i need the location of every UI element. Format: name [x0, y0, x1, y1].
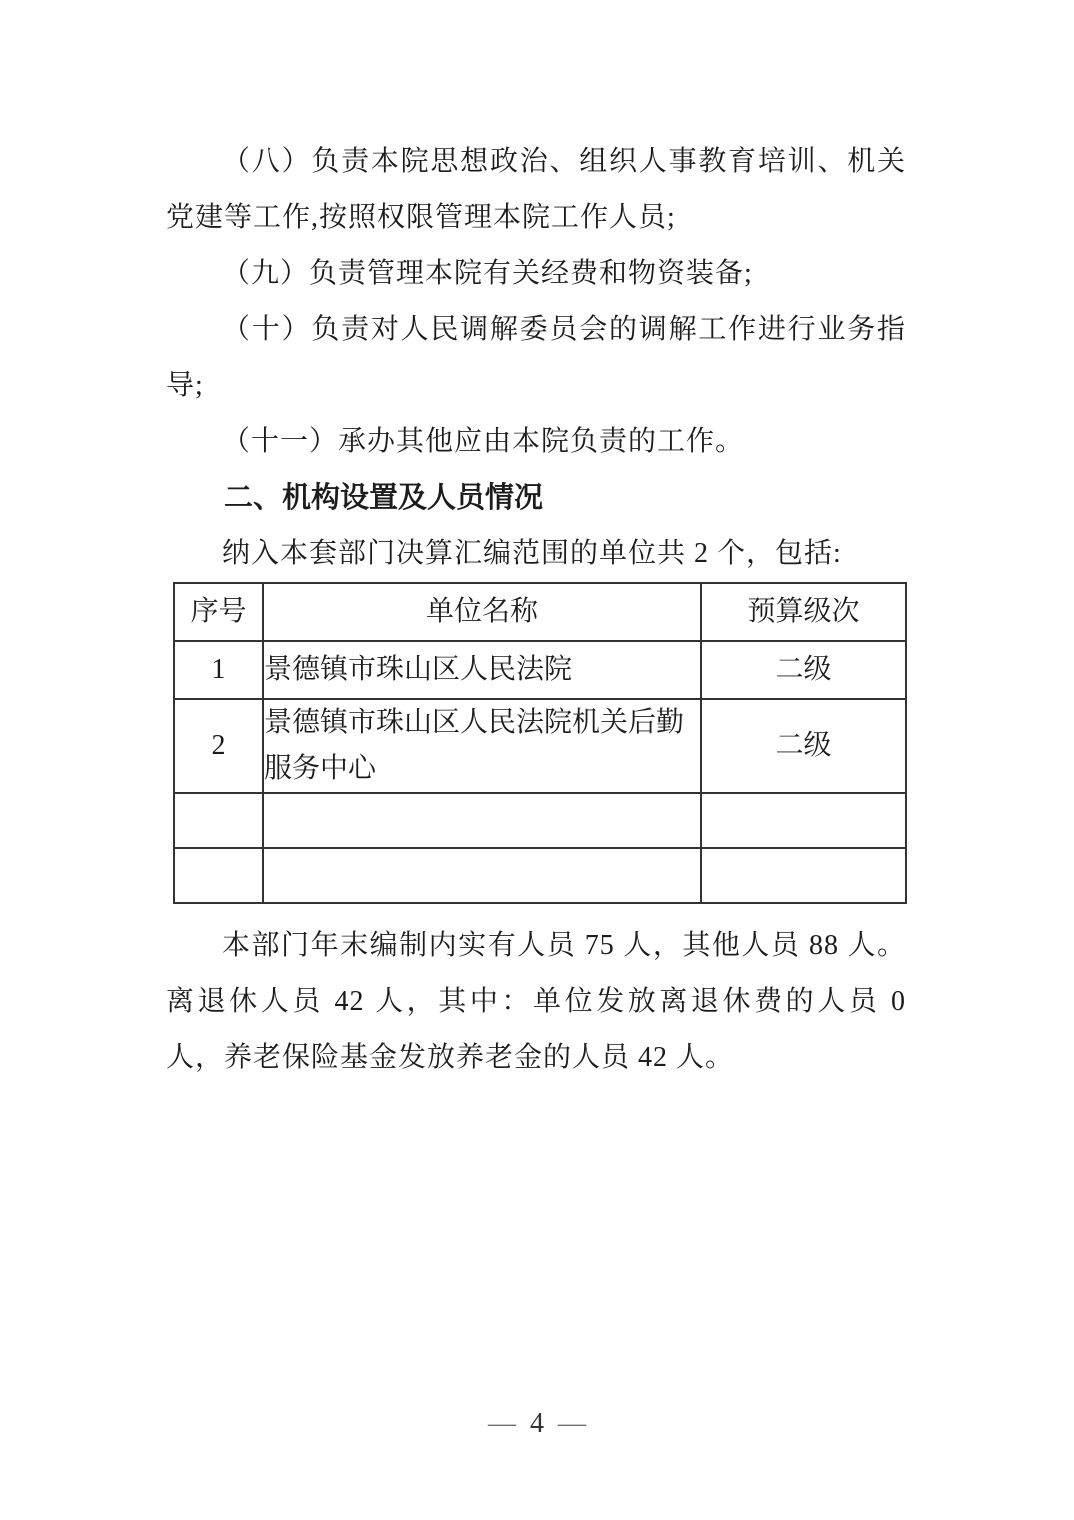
- table-header-no: 序号: [174, 583, 263, 641]
- footer-right-dash: —: [558, 1408, 586, 1439]
- table-header-row: 序号 单位名称 预算级次: [174, 583, 906, 641]
- paragraph-duty-eight: （八）负责本院思想政治、组织人事教育培训、机关党建等工作,按照权限管理本院工作人…: [166, 134, 906, 246]
- page-number: 4: [530, 1408, 544, 1439]
- table-row-empty: [174, 848, 906, 903]
- cell-row-number: 2: [174, 699, 263, 793]
- cell-budget-level: 二级: [701, 641, 906, 699]
- page-footer: —4—: [0, 1402, 1074, 1446]
- unit-table-head: 序号 单位名称 预算级次: [174, 583, 906, 641]
- table-header-name: 单位名称: [263, 583, 701, 641]
- unit-table-body: 1 景德镇市珠山区人民法院 二级 2 景德镇市珠山区人民法院机关后勤服务中心 二…: [174, 641, 906, 903]
- table-row: 1 景德镇市珠山区人民法院 二级: [174, 641, 906, 699]
- cell-unit-name: [263, 848, 701, 903]
- table-header-level: 预算级次: [701, 583, 906, 641]
- cell-unit-name: 景德镇市珠山区人民法院机关后勤服务中心: [263, 699, 701, 793]
- cell-row-number: [174, 793, 263, 848]
- closing-paragraph: 本部门年末编制内实有人员 75 人，其他人员 88 人。离退休人员 42 人，其…: [166, 918, 906, 1086]
- cell-budget-level: [701, 848, 906, 903]
- document-page: （八）负责本院思想政治、组织人事教育培训、机关党建等工作,按照权限管理本院工作人…: [0, 0, 1074, 1520]
- paragraph-duty-eleven: （十一）承办其他应由本院负责的工作。: [166, 414, 906, 470]
- paragraph-duty-ten: （十）负责对人民调解委员会的调解工作进行业务指导;: [166, 302, 906, 414]
- intro-line: 纳入本套部门决算汇编范围的单位共 2 个，包括:: [166, 526, 906, 582]
- table-row: 2 景德镇市珠山区人民法院机关后勤服务中心 二级: [174, 699, 906, 793]
- cell-row-number: 1: [174, 641, 263, 699]
- footer-left-dash: —: [488, 1408, 516, 1439]
- section-heading: 二、机构设置及人员情况: [166, 470, 906, 526]
- paragraph-duty-nine: （九）负责管理本院有关经费和物资装备;: [166, 246, 906, 302]
- table-row-empty: [174, 793, 906, 848]
- cell-unit-name: 景德镇市珠山区人民法院: [263, 641, 701, 699]
- cell-budget-level: [701, 793, 906, 848]
- unit-table: 序号 单位名称 预算级次 1 景德镇市珠山区人民法院 二级 2 景德镇市珠山区人…: [173, 582, 907, 904]
- cell-budget-level: 二级: [701, 699, 906, 793]
- document-content: （八）负责本院思想政治、组织人事教育培训、机关党建等工作,按照权限管理本院工作人…: [166, 134, 906, 1086]
- cell-unit-name: [263, 793, 701, 848]
- cell-row-number: [174, 848, 263, 903]
